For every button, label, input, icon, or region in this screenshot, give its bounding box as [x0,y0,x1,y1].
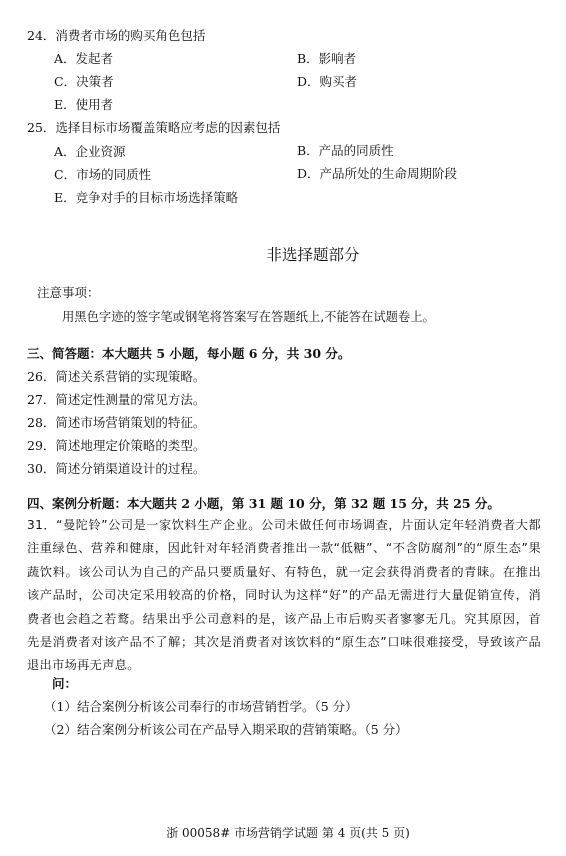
question-30: 30．简述分销渠道设计的过程。 [27,461,205,477]
question-25-option-e: E．竞争对手的目标市场选择策略 [54,190,238,206]
question-25-option-a: A．企业资源 [54,144,126,160]
question-25-option-c: C．市场的同质性 [54,167,151,183]
section-3-heading: 三、简答题：本大题共 5 小题，每小题 6 分，共 30 分。 [27,346,350,362]
section-4-heading: 四、案例分析题：本大题共 2 小题，第 31 题 10 分，第 32 题 15 … [27,496,500,512]
question-27: 27．简述定性测量的常见方法。 [27,392,205,408]
question-24-option-c: C．决策者 [54,74,114,90]
question-24-stem: 24．消费者市场的购买角色包括 [27,28,205,44]
question-24-option-b: B．影响者 [297,51,356,67]
question-31-sub-1: （1）结合案例分析该公司奉行的市场营销哲学。（5 分） [44,699,358,715]
question-26: 26．简述关系营销的实现策略。 [27,369,205,385]
question-25-option-d: D．产品所处的生命周期阶段 [297,166,457,182]
question-28: 28．简述市场营销策划的特征。 [27,415,205,431]
question-24-option-a: A．发起者 [54,51,113,67]
question-31-case-text: 31．“曼陀铃”公司是一家饮料生产企业。公司未做任何市场调查，片面认定年轻消费者… [27,514,541,678]
question-31-sub-2: （2）结合案例分析该公司在产品导入期采取的营销策略。（5 分） [44,722,408,738]
question-24-option-d: D．购买者 [297,74,357,90]
part-title: 非选择题部分 [0,247,566,263]
notice-text: 用黑色字迹的签字笔或钢笔将答案写在答题纸上,不能答在试题卷上。 [62,309,435,325]
question-24-option-e: E．使用者 [54,97,113,113]
question-25-option-b: B．产品的同质性 [297,143,394,159]
notice-heading: 注意事项： [37,285,100,301]
question-25-stem: 25．选择目标市场覆盖策略应考虑的因素包括 [27,120,280,136]
question-29: 29．简述地理定价策略的类型。 [27,438,205,454]
question-31-ask-label: 问： [52,676,77,692]
page-footer: 浙 00058# 市场营销学试题 第 4 页(共 5 页) [0,825,566,841]
